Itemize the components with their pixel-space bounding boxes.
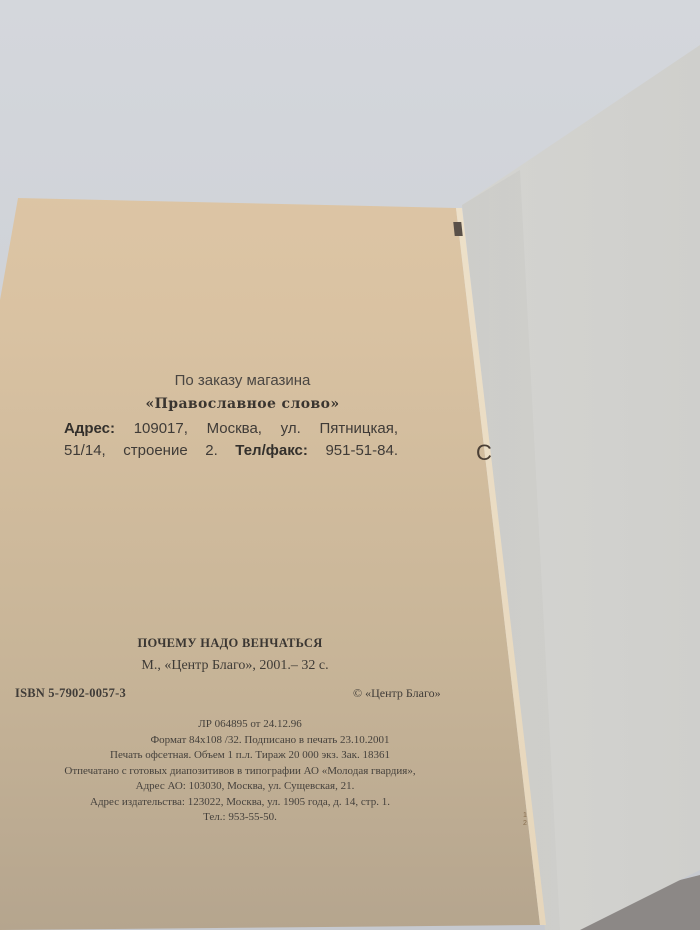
phone-value: 951-51-84. xyxy=(325,442,398,459)
imprint-line: М., «Центр Благо», 2001.– 32 с. xyxy=(0,658,470,674)
colophon-phone: Тел.: 953-55-50. xyxy=(35,810,445,826)
order-line: По заказу магазина xyxy=(0,372,475,389)
colophon-publisher-address: Адрес издательства: 123022, Москва, ул. … xyxy=(35,795,445,811)
shop-name: «Православное слово» xyxy=(0,396,475,412)
colophon: ЛР 064895 от 24.12.96 Формат 84х108 /32.… xyxy=(35,717,445,826)
book-title: ПОЧЕМУ НАДО ВЕНЧАТЬСЯ xyxy=(0,636,460,651)
address-block: Адрес: 109017, Москва, ул. Пятницкая, 51… xyxy=(64,418,398,462)
colophon-license: ЛР 064895 от 24.12.96 xyxy=(35,717,445,733)
isbn: ISBN 5-7902-0057-3 xyxy=(15,686,126,701)
colophon-print-run: Печать офсетная. Объем 1 п.л. Тираж 20 0… xyxy=(35,748,445,764)
copyright: © «Центр Благо» xyxy=(353,686,441,701)
colophon-printer: Отпечатано с готовых диапозитивов в типо… xyxy=(35,764,445,780)
edge-tiny-marks: 1 2 xyxy=(523,812,529,828)
address-label: Адрес: xyxy=(64,420,115,437)
next-page-edge-letter: С xyxy=(476,440,492,466)
colophon-printer-address: Адрес АО: 103030, Москва, ул. Сущевская,… xyxy=(35,779,445,795)
page-edge-mark xyxy=(453,222,462,236)
phone-label: Тел/факс: xyxy=(235,442,308,459)
colophon-format: Формат 84х108 /32. Подписано в печать 23… xyxy=(35,733,445,749)
